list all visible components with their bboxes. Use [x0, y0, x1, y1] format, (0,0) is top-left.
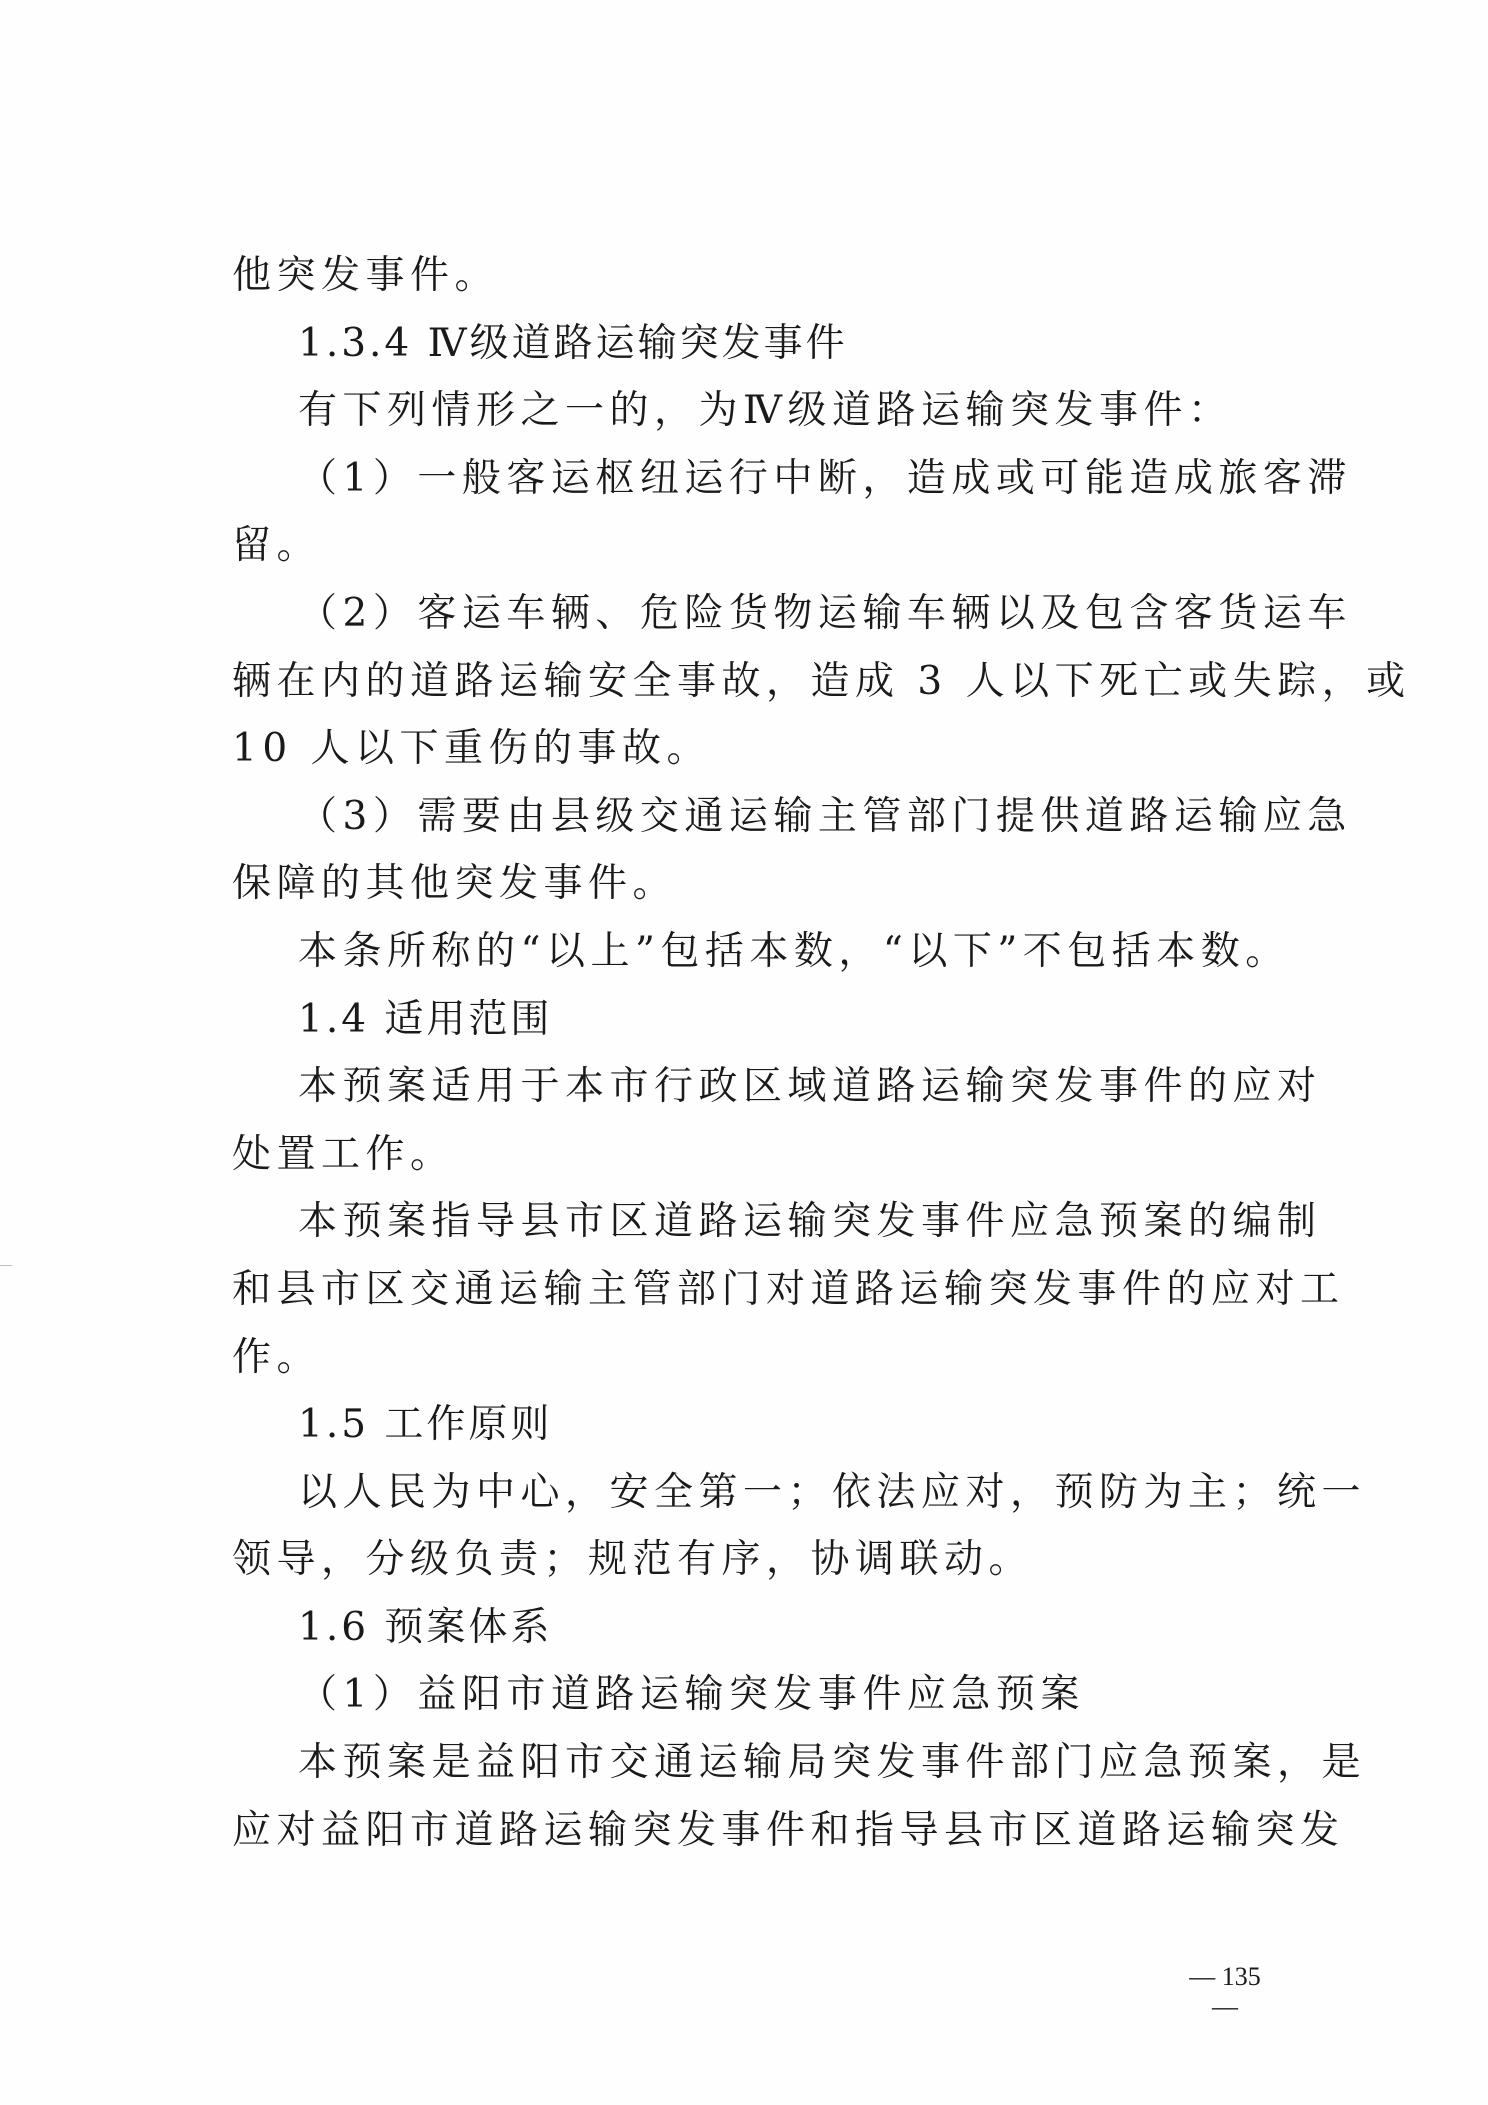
- text-line: 和县市区交通运输主管部门对道路运输突发事件的应对工: [232, 1256, 1262, 1324]
- text-line: 本预案适用于本市行政区域道路运输突发事件的应对: [232, 1053, 1262, 1121]
- section-heading-1-6: 1.6 预案体系: [232, 1594, 1262, 1662]
- document-page: 他突发事件。 1.3.4 Ⅳ级道路运输突发事件 有下列情形之一的，为Ⅳ级道路运输…: [0, 0, 1488, 2105]
- text-line: 他突发事件。: [232, 242, 1262, 310]
- list-item-1: （1）一般客运枢纽运行中断，造成或可能造成旅客滞: [232, 445, 1262, 513]
- text-line: 领导，分级负责；规范有序，协调联动。: [232, 1526, 1262, 1594]
- section-heading-1-3-4: 1.3.4 Ⅳ级道路运输突发事件: [232, 310, 1262, 378]
- text-line: 本预案指导县市区道路运输突发事件应急预案的编制: [232, 1188, 1262, 1256]
- page-number: — 135 —: [1180, 1962, 1270, 2022]
- subsection-heading: （1）益阳市道路运输突发事件应急预案: [232, 1661, 1262, 1729]
- text-line: 有下列情形之一的，为Ⅳ级道路运输突发事件：: [232, 377, 1262, 445]
- text-line: 作。: [232, 1324, 1262, 1392]
- text-line: 辆在内的道路运输安全事故，造成 3 人以下死亡或失踪，或: [232, 648, 1262, 716]
- text-line: 处置工作。: [232, 1121, 1262, 1189]
- section-heading-1-4: 1.4 适用范围: [232, 986, 1262, 1054]
- text-line: 10 人以下重伤的事故。: [232, 715, 1262, 783]
- text-line: 留。: [232, 512, 1262, 580]
- list-item-2: （2）客运车辆、危险货物运输车辆以及包含客货运车: [232, 580, 1262, 648]
- text-line: 本预案是益阳市交通运输局突发事件部门应急预案，是: [232, 1729, 1262, 1797]
- section-heading-1-5: 1.5 工作原则: [232, 1391, 1262, 1459]
- text-line: 本条所称的“以上”包括本数，“以下”不包括本数。: [232, 918, 1262, 986]
- text-line: 应对益阳市道路运输突发事件和指导县市区道路运输突发: [232, 1797, 1262, 1865]
- text-line: 以人民为中心，安全第一；依法应对，预防为主；统一: [232, 1459, 1262, 1527]
- document-body: 他突发事件。 1.3.4 Ⅳ级道路运输突发事件 有下列情形之一的，为Ⅳ级道路运输…: [232, 242, 1262, 1864]
- margin-mark: [0, 1265, 12, 1266]
- list-item-3: （3）需要由县级交通运输主管部门提供道路运输应急: [232, 783, 1262, 851]
- text-line: 保障的其他突发事件。: [232, 850, 1262, 918]
